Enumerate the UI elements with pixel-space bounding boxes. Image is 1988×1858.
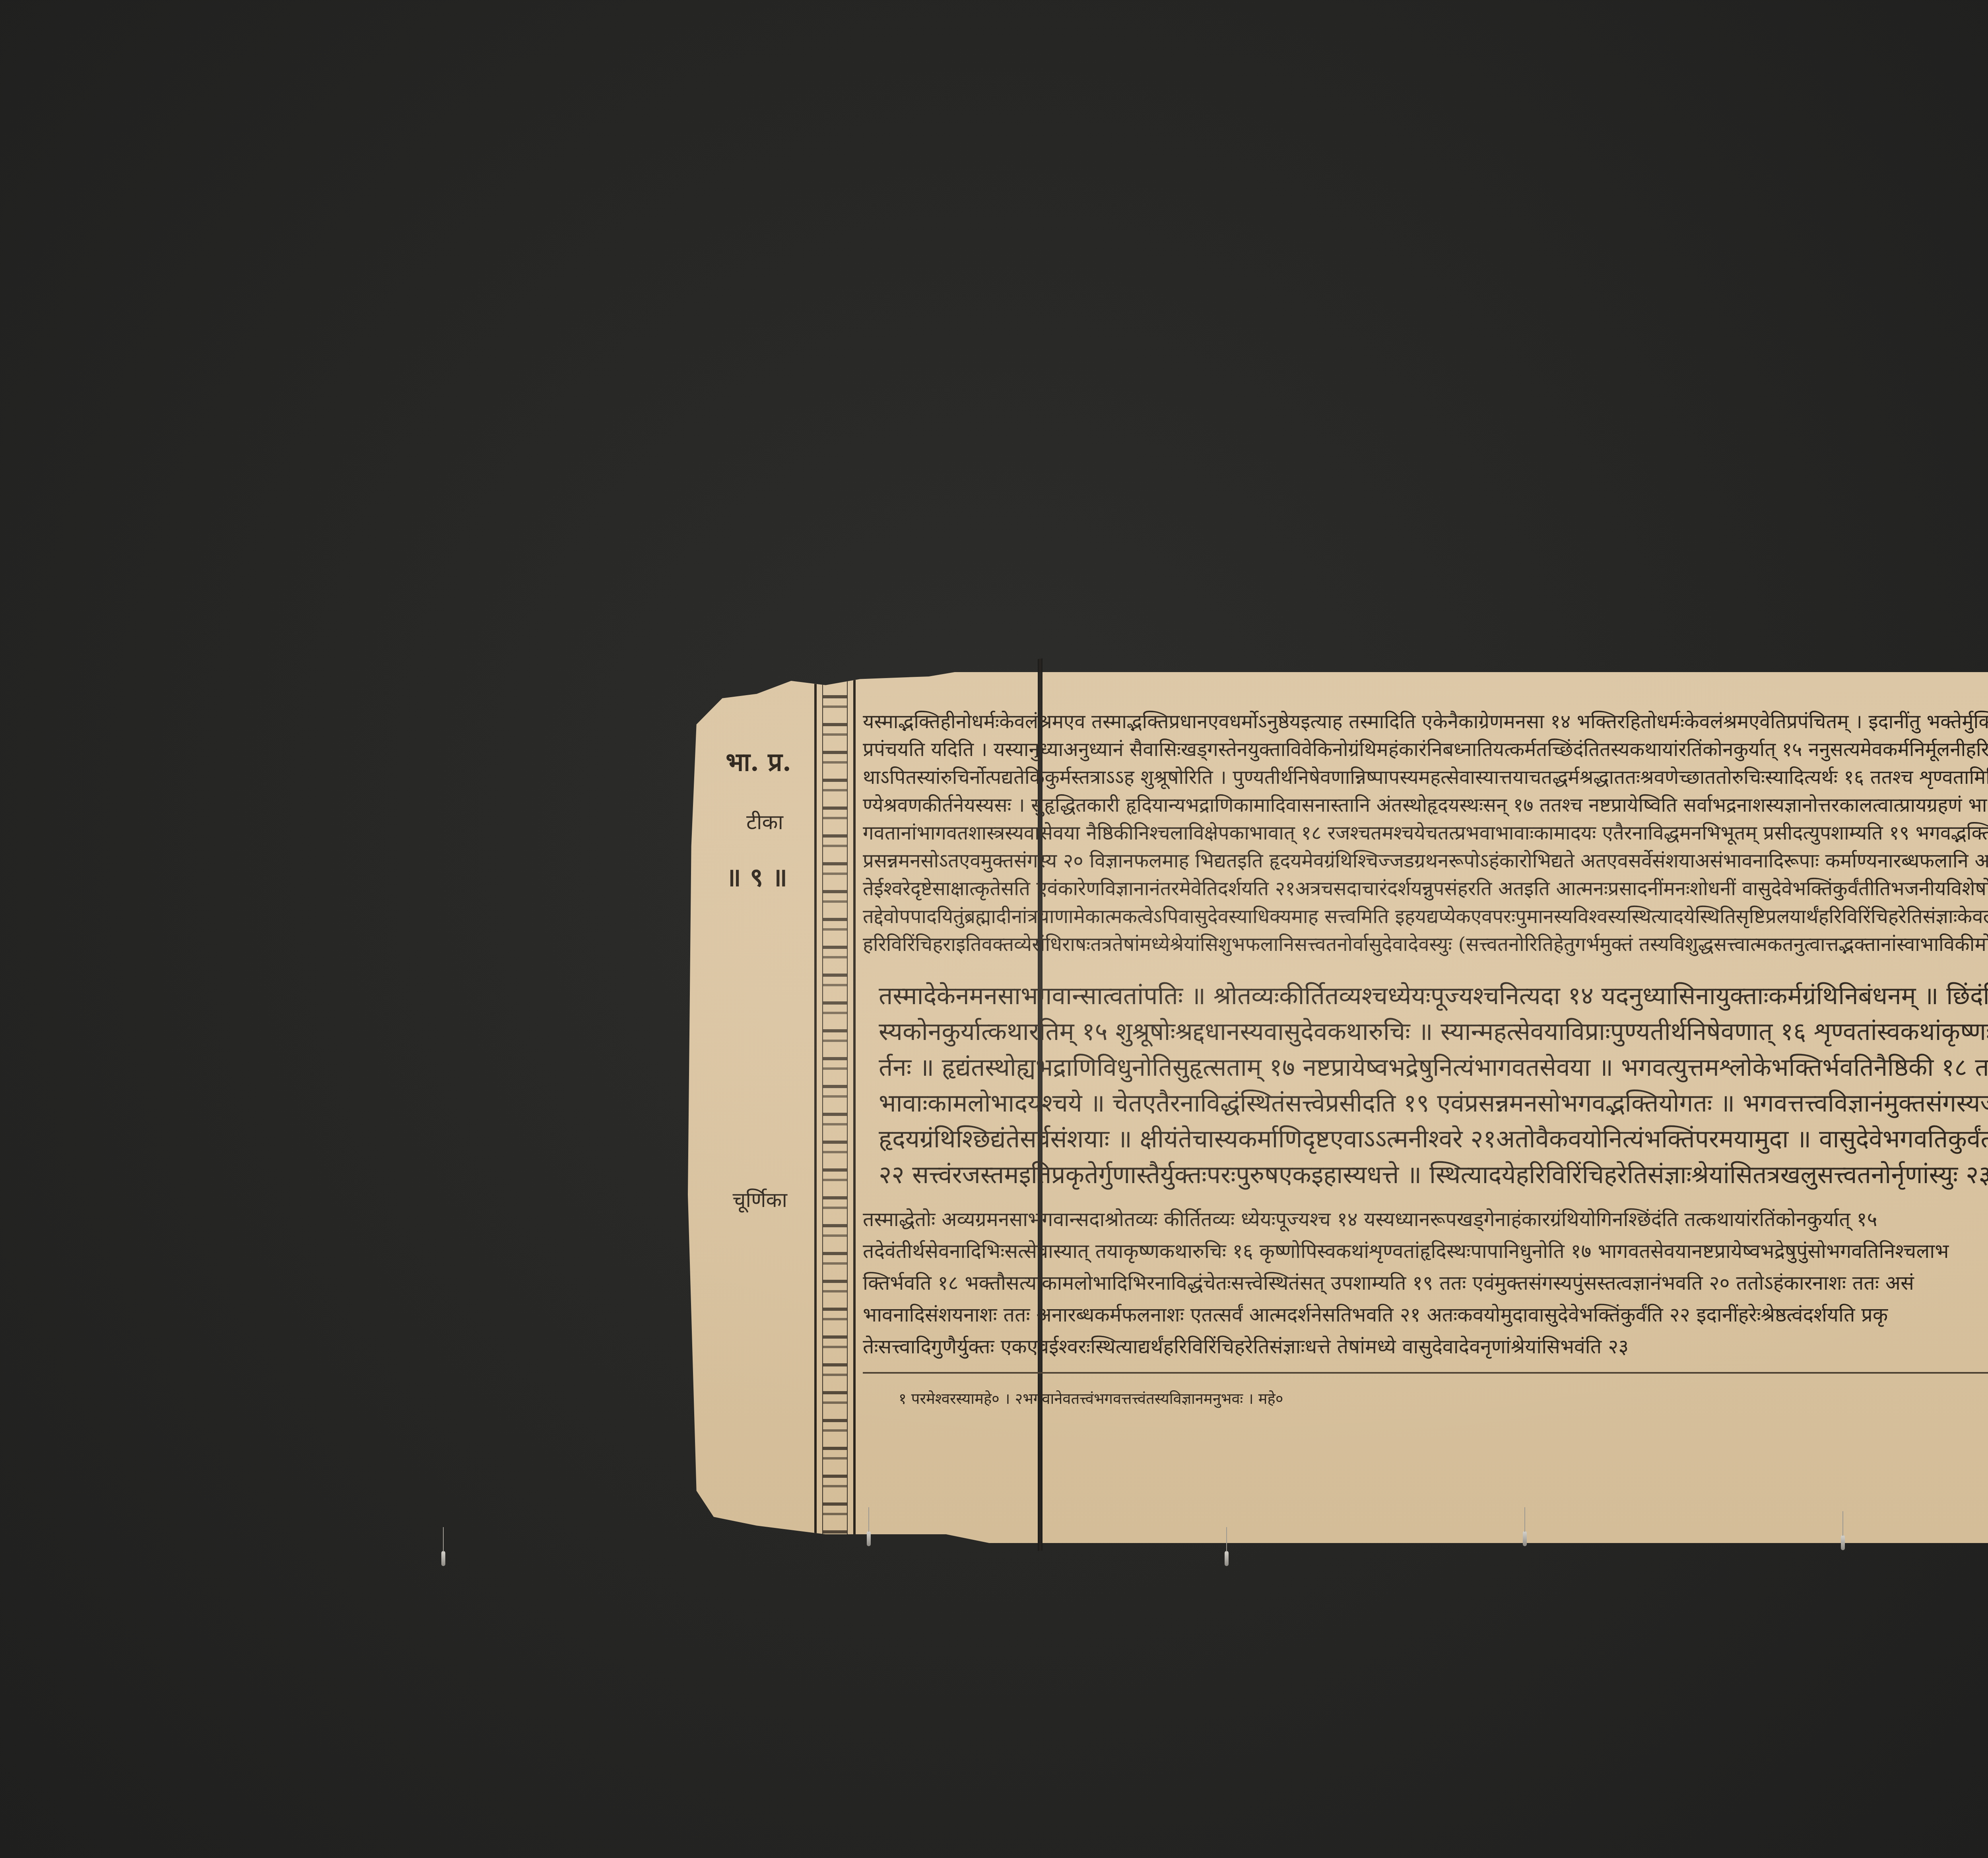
mounting-pin bbox=[1841, 1535, 1845, 1550]
churnika-line: तस्माद्धेतोः अव्यग्रमनसाभगवान्सदाश्रोतव्… bbox=[863, 1205, 1877, 1232]
tika-line: यस्माद्भक्तिहीनोधर्मःकेवलंश्रमएव तस्माद्… bbox=[863, 708, 1988, 734]
verse-line: र्तनः ॥ हृद्यंतस्थोह्यभद्राणिविधुनोतिसुह… bbox=[879, 1050, 1988, 1083]
verse-line: २२ सत्त्वंरजस्तमइतिप्रकृतेर्गुणास्तैर्यु… bbox=[879, 1157, 1988, 1191]
left-ornamental-border bbox=[814, 660, 856, 1547]
tika-line: गवतानांभागवतशास्त्रस्यवासेवया नैष्ठिकीनि… bbox=[863, 819, 1988, 845]
running-title: भा. प्र. bbox=[726, 744, 791, 778]
tika-line: प्रसन्नमनसोऽतएवमुक्तसंगस्य २० विज्ञानफलम… bbox=[863, 847, 1988, 873]
churnika-line: तेःसत्त्वादिगुणैर्युक्तः एकएवईश्वरःस्थित… bbox=[863, 1332, 1629, 1359]
tika-line: तद्देवोपपादयितुंब्रह्मादीनांत्रयाणामेकात… bbox=[863, 903, 1988, 929]
mounting-pin bbox=[1523, 1531, 1527, 1546]
tika-line: ण्येश्रवणकीर्तनेयस्यसः । सुहृद्धितकारी ह… bbox=[863, 791, 1987, 818]
verse-line: भावाःकामलोभादयश्चये ॥ चेतएतैरनाविद्धंस्थ… bbox=[879, 1086, 1988, 1119]
churnika-line: तदेवंतीर्थसेवनादिभिःसत्सेवास्यात् तयाकृष… bbox=[863, 1237, 1949, 1264]
verse-line: स्यकोनकुर्यात्कथारतिम् १५ शुश्रूषोःश्रद्… bbox=[879, 1014, 1988, 1048]
churnika-line: क्तिर्भवति १८ भक्तौसत्यांकामलोभादिभिरनाव… bbox=[863, 1269, 1914, 1296]
mounting-pin bbox=[867, 1531, 871, 1546]
mounting-pin bbox=[1225, 1551, 1229, 1566]
verse-line: तस्मादेकेनमनसाभगवान्सात्वतांपतिः ॥ श्रोत… bbox=[879, 978, 1988, 1012]
tika-line: प्रपंचयति यदिति । यस्यानुध्याअनुध्यानं स… bbox=[863, 736, 1988, 762]
footnote: १ परमेश्वरस्यामहे० । २भगवानेवतत्त्वंभगवत… bbox=[899, 1388, 1283, 1409]
leaf-number-left: ॥ ९ ॥ bbox=[726, 859, 787, 894]
tika-label: टीका bbox=[746, 807, 783, 836]
manuscript-leaf: भा. प्र. टीका ॥ ९ ॥ चूर्णिका यस्माद्भक्त… bbox=[688, 672, 1988, 1543]
churnika-label: चूर्णिका bbox=[733, 1185, 788, 1213]
tika-line: थाऽपितस्यांरुचिर्नोत्पद्यतेकिंकुर्मस्तत्… bbox=[863, 764, 1988, 790]
verse-line: हृदयग्रंथिश्छिद्यंतेसर्वसंशयाः ॥ क्षीयंत… bbox=[879, 1121, 1988, 1155]
churnika-line: भावनादिसंशयनाशः ततः अनारब्धकर्मफलनाशः एत… bbox=[863, 1300, 1888, 1327]
tika-line: हरिविरिंचिहराइतिवक्तव्येसंधिराषःतत्रतेषा… bbox=[863, 931, 1988, 957]
mounting-pin bbox=[441, 1551, 445, 1566]
text-block: यस्माद्भक्तिहीनोधर्मःकेवलंश्रमएव तस्माद्… bbox=[863, 672, 1988, 1543]
tika-line: तेईश्वरेदृष्टेसाक्षात्कृतेसति एवंकारेणवि… bbox=[863, 875, 1988, 901]
footnote-divider bbox=[863, 1372, 1988, 1374]
left-margin: भा. प्र. टीका ॥ ९ ॥ चूर्णिका bbox=[688, 672, 819, 1543]
